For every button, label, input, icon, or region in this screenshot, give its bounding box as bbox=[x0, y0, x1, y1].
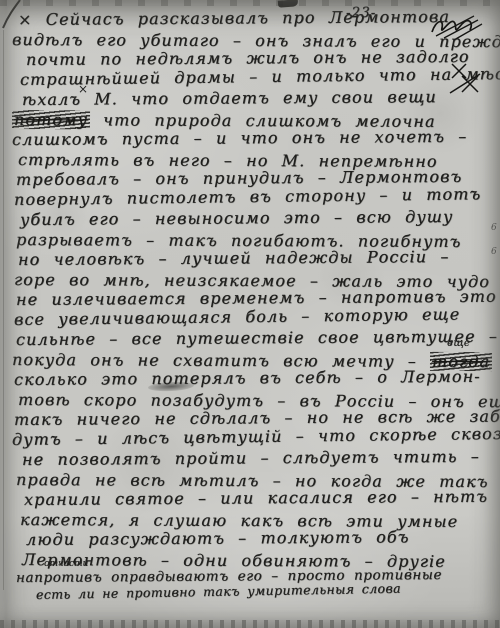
paper-edge-bottom bbox=[0, 620, 500, 628]
right-edge-bleedthrough-mark: 6 bbox=[491, 223, 497, 233]
paper-fold-line bbox=[3, 30, 4, 590]
interlinear-insertion-word: ещё bbox=[447, 337, 470, 349]
paper-edge-top bbox=[0, 0, 500, 6]
manuscript-scan-page: -23- × × Сейчасъ разсказывалъ про Лермон… bbox=[0, 0, 500, 628]
handwriting-line: × Сейчасъ разсказывалъ про Лермонтова bbox=[18, 7, 496, 30]
handwriting-line: сколько это потерялъ въ себѣ – о Лермон- bbox=[14, 367, 496, 390]
struck-out-word: потому bbox=[12, 110, 90, 129]
handwriting-line: не позволятъ пройти – слѣдуетъ чтить – bbox=[22, 447, 496, 470]
handwriting-line: слишкомъ пуста – и что онъ не хочетъ – bbox=[12, 127, 496, 150]
handwriting-line: люди разсуждаютъ – толкуютъ объ bbox=[26, 527, 496, 550]
interlinear-insertion-word: отчасти bbox=[44, 559, 88, 569]
ink-blot-top-edge bbox=[278, 0, 298, 8]
handwriting-block: × Сейчасъ разсказывалъ про Лермонтова ви… bbox=[10, 10, 496, 604]
handwriting-line: но человѣкъ – лучшей надежды Россіи – bbox=[18, 247, 496, 270]
handwriting-line: хранили святое – или касалися его – нѣтъ bbox=[24, 487, 496, 510]
right-edge-bleedthrough-mark: 6 bbox=[491, 247, 497, 257]
handwriting-line: ѣхалъ М. что отдаетъ ему свои вещи bbox=[22, 87, 496, 110]
handwriting-line: убилъ его – невыносимо это – всю душу bbox=[20, 207, 496, 230]
handwriting-line: сильнѣе – все путешествіе свое цвѣтущее … bbox=[16, 327, 496, 350]
